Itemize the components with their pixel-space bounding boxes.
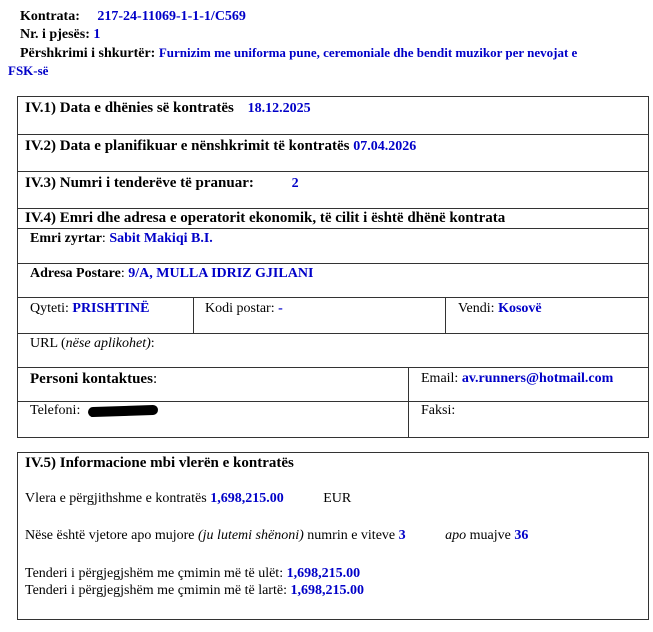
short-description-line-2: FSK-së <box>8 62 48 80</box>
city-cell: Qyteti: PRISHTINË <box>18 298 193 333</box>
email-label: Email: <box>421 371 458 386</box>
award-date-value: 18.12.2025 <box>248 101 311 116</box>
signing-date-label: IV.2) Data e planifikuar e nënshkrimit t… <box>25 138 349 154</box>
contact-person-cell: Personi kontaktues: <box>18 368 408 401</box>
row-operator-heading: IV.4) Emri dhe adresa e operatorit ekono… <box>18 208 648 228</box>
contact-person-label: Personi kontaktues <box>30 371 153 387</box>
official-name-label: Emri zyrtar <box>30 231 102 246</box>
award-date-label: IV.1) Data e dhënies së kontratës <box>25 100 234 116</box>
row-phone-fax: Telefoni: Faksi: <box>18 401 648 437</box>
description-value: Furnizim me uniforma pune, ceremoniale d… <box>159 45 578 60</box>
fax-label: Faksi: <box>421 403 455 419</box>
country-value: Kosovë <box>498 301 542 316</box>
postal-code-label: Kodi postar: <box>205 301 275 316</box>
part-number-line: Nr. i pjesës: 1 <box>20 26 100 43</box>
section-iv-table: IV.1) Data e dhënies së kontratës 18.12.… <box>17 96 649 438</box>
lowest-tender-value: 1,698,215.00 <box>287 566 361 581</box>
email-value[interactable]: av.runners@hotmail.com <box>462 371 613 386</box>
country-cell: Vendi: Kosovë <box>445 298 648 333</box>
description-label: Përshkrimi i shkurtër: <box>20 46 155 61</box>
description-value-cont: FSK-së <box>8 63 48 78</box>
row-signing-date: IV.2) Data e planifikuar e nënshkrimit t… <box>18 134 648 171</box>
row-official-name: Emri zyrtar: Sabit Makiqi B.I. <box>18 228 648 263</box>
row-award-date: IV.1) Data e dhënies së kontratës 18.12.… <box>18 97 648 134</box>
contract-number-line: Kontrata: 217-24-11069-1-1-1/C569 <box>20 8 246 25</box>
postal-address-label: Adresa Postare <box>30 266 121 281</box>
highest-tender-label: Tenderi i përgjegjshëm me çmimin më të l… <box>25 583 287 598</box>
total-value-label: Vlera e përgjithshme e kontratës <box>25 491 207 506</box>
official-name-value: Sabit Makiqi B.I. <box>109 231 212 246</box>
highest-tender-line: Tenderi i përgjegjshëm me çmimin më të l… <box>25 583 364 599</box>
part-number: 1 <box>93 27 100 42</box>
highest-tender-value: 1,698,215.00 <box>290 583 364 598</box>
row-tenders-received: IV.3) Numri i tenderëve të pranuar: 2 <box>18 171 648 208</box>
city-label: Qyteti: <box>30 301 69 316</box>
signing-date-value: 07.04.2026 <box>353 139 416 154</box>
email-cell: Email: av.runners@hotmail.com <box>408 368 648 401</box>
short-description-line: Përshkrimi i shkurtër: Furnizim me unifo… <box>20 44 577 62</box>
row-url: URL (nëse aplikohet): <box>18 333 648 367</box>
postal-code-cell: Kodi postar: - <box>193 298 445 333</box>
part-label: Nr. i pjesës: <box>20 27 90 42</box>
fax-cell: Faksi: <box>408 402 648 437</box>
postal-code-value: - <box>278 301 283 316</box>
postal-address-value: 9/A, MULLA IDRIZ GJILANI <box>128 266 313 281</box>
years-value: 3 <box>399 528 406 543</box>
country-label: Vendi: <box>458 301 495 316</box>
section-iv5-box: IV.5) Informacione mbi vlerën e kontratë… <box>17 452 649 620</box>
total-value: 1,698,215.00 <box>210 491 284 506</box>
contract-value-heading: IV.5) Informacione mbi vlerën e kontratë… <box>25 455 294 472</box>
phone-redacted-value <box>88 405 158 417</box>
phone-cell: Telefoni: <box>18 402 408 437</box>
city-value: PRISHTINË <box>72 301 149 316</box>
tenders-received-value: 2 <box>292 176 299 191</box>
duration-line: Nëse është vjetore apo mujore (ju lutemi… <box>25 528 528 544</box>
row-contact-email: Personi kontaktues: Email: av.runners@ho… <box>18 367 648 401</box>
currency: EUR <box>323 491 351 506</box>
months-value: 36 <box>514 528 528 543</box>
row-city-postal-country: Qyteti: PRISHTINË Kodi postar: - Vendi: … <box>18 297 648 333</box>
phone-label: Telefoni: <box>30 403 80 418</box>
contract-label: Kontrata: <box>20 9 80 24</box>
operator-heading: IV.4) Emri dhe adresa e operatorit ekono… <box>25 210 505 227</box>
row-postal-address: Adresa Postare: 9/A, MULLA IDRIZ GJILANI <box>18 263 648 297</box>
total-value-line: Vlera e përgjithshme e kontratës 1,698,2… <box>25 491 351 507</box>
lowest-tender-label: Tenderi i përgjegjshëm me çmimin më të u… <box>25 566 283 581</box>
tenders-received-label: IV.3) Numri i tenderëve të pranuar: <box>25 175 254 191</box>
url-label: URL (nëse aplikohet): <box>30 336 155 352</box>
lowest-tender-line: Tenderi i përgjegjshëm me çmimin më të u… <box>25 566 360 582</box>
contract-number: 217-24-11069-1-1-1/C569 <box>97 9 246 24</box>
